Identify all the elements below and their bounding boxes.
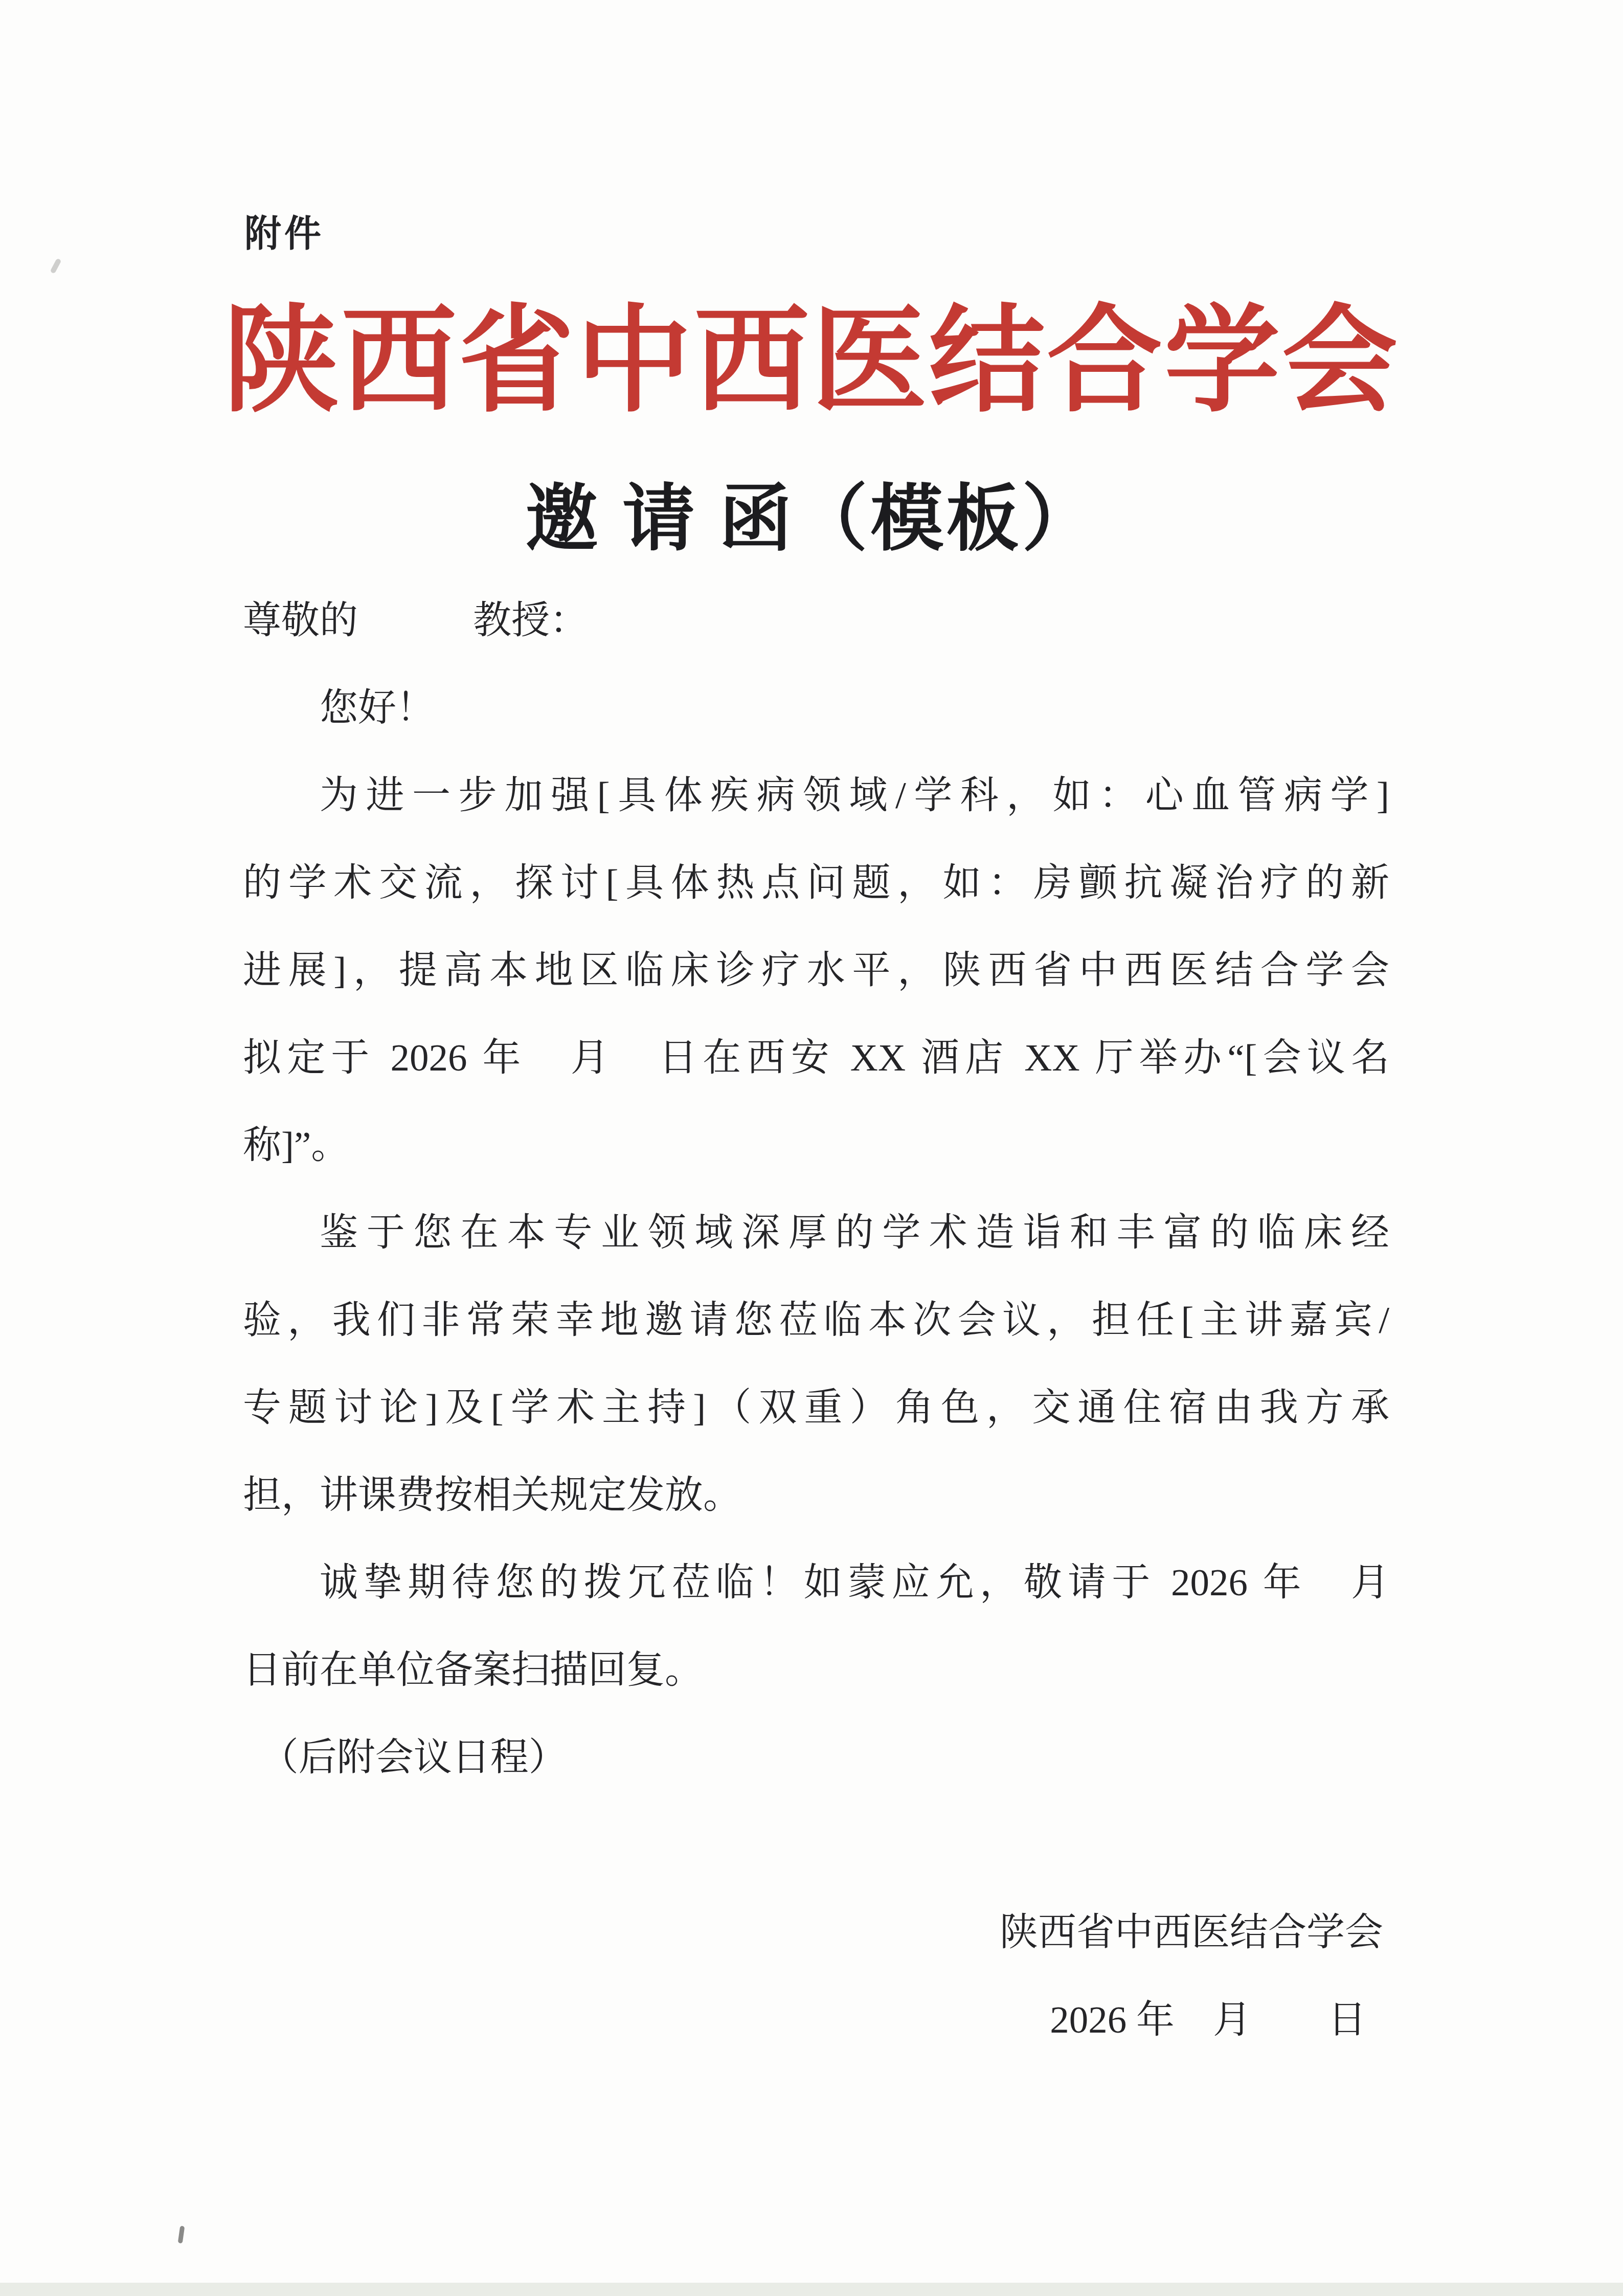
body-line: 日前在单位备案扫描回复。 xyxy=(243,1626,1389,1714)
agenda-note-line: （后附会议日程） xyxy=(243,1714,1389,1801)
body-line: 进展]，提高本地区临床诊疗水平，陕西省中西医结合学会 xyxy=(243,927,1389,1014)
attachment-label: 附件 xyxy=(244,204,324,257)
recipient-name-blank xyxy=(358,633,473,633)
association-title: 陕西省中西医结合学会 xyxy=(0,293,1623,431)
body-line: 鉴于您在本专业领域深厚的学术造诣和丰富的临床经 xyxy=(243,1189,1389,1277)
blank-line xyxy=(243,1801,1389,1889)
letter-subtitle: 邀 请 函（模板） xyxy=(0,476,1623,563)
scan-speck-top-left xyxy=(50,258,62,274)
body-line: 验，我们非常荣幸地邀请您莅临本次会议，担任[主讲嘉宾/ xyxy=(243,1277,1389,1364)
signature-line: 陕西省中西医结合学会 xyxy=(243,1889,1389,1976)
salutation-line: 尊敬的教授： xyxy=(243,577,1389,664)
body-line: 拟定于 2026 年 月 日在西安 XX 酒店 XX 厅举办“[会议名 xyxy=(243,1014,1389,1102)
body-line-greeting: 您好！ xyxy=(243,664,1389,752)
scanner-edge-band xyxy=(0,2283,1623,2296)
scanned-invitation-letter-page: 附件 陕西省中西医结合学会 邀 请 函（模板） 尊敬的教授： 您好！ 为进一步加… xyxy=(0,0,1623,2296)
body-line: 称]”。 xyxy=(243,1102,1389,1189)
body-line: 诚挚期待您的拨冗莅临！如蒙应允，敬请于 2026 年 月 xyxy=(243,1539,1389,1626)
salutation-suffix: 教授： xyxy=(473,599,588,642)
salutation-prefix: 尊敬的 xyxy=(243,599,358,642)
date-line: 2026 年 月 日 xyxy=(243,1976,1389,2064)
body-line: 担，讲课费按相关规定发放。 xyxy=(243,1452,1389,1539)
body-line: 专题讨论]及[学术主持]（双重）角色，交通住宿由我方承 xyxy=(243,1364,1389,1452)
letter-body: 尊敬的教授： 您好！ 为进一步加强[具体疾病领域/学科，如：心血管病学] 的学术… xyxy=(243,577,1389,2064)
body-line: 的学术交流，探讨[具体热点问题，如：房颤抗凝治疗的新 xyxy=(243,839,1389,927)
body-line: 为进一步加强[具体疾病领域/学科，如：心血管病学] xyxy=(243,752,1389,839)
scan-speck-bottom-left xyxy=(178,2226,185,2244)
